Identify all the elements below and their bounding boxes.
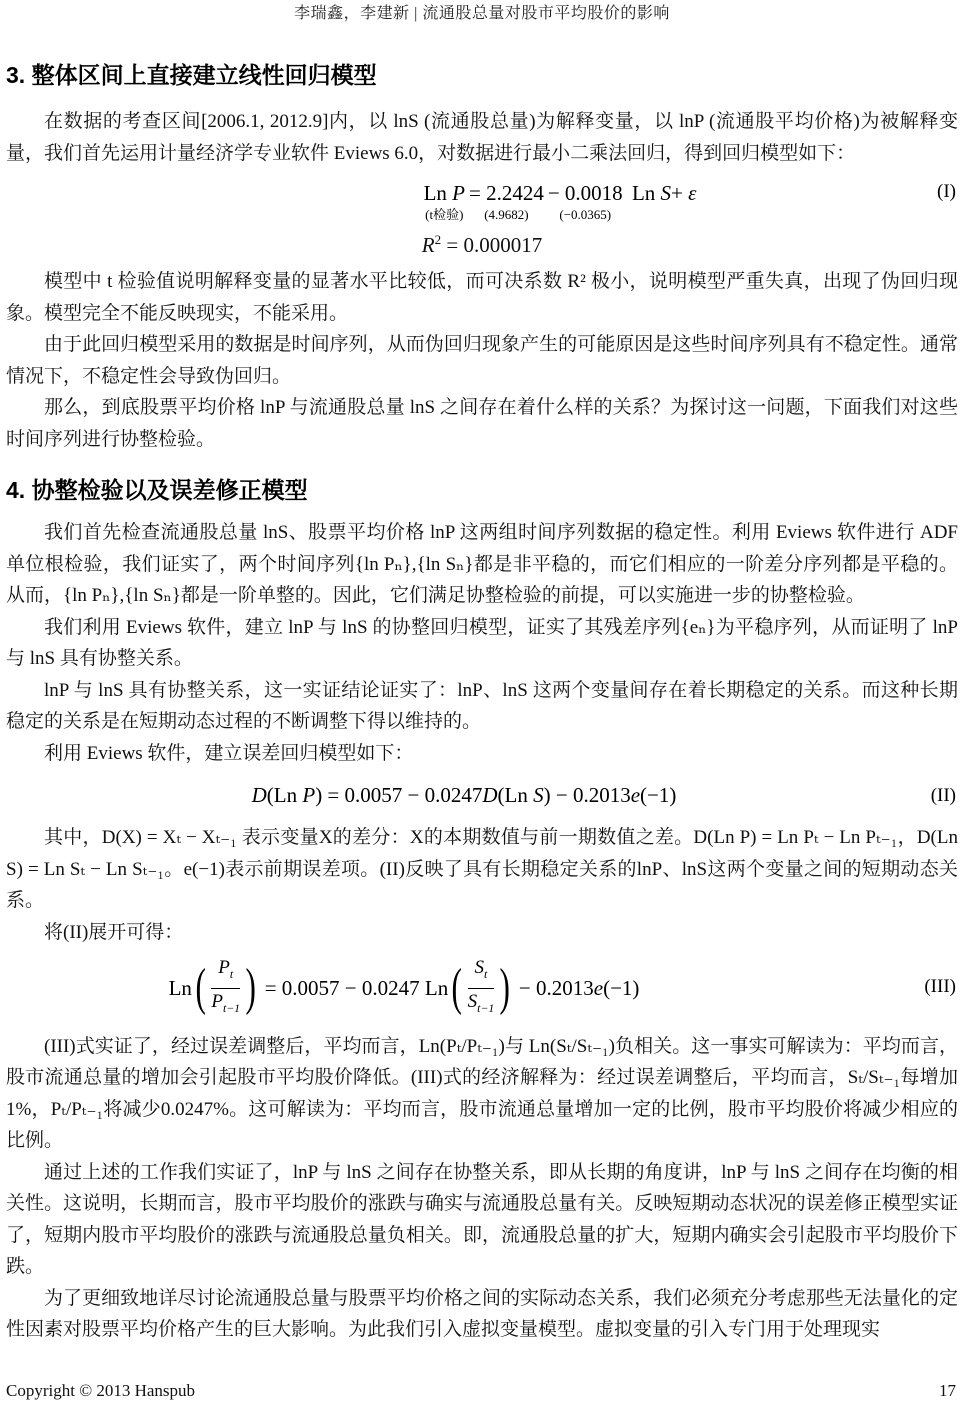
formula-I-term2: − 0.0018 (−0.0365): [548, 179, 623, 222]
paragraph-conclusion-cointegration: 通过上述的工作我们实证了，lnP 与 lnS 之间存在协整关系，即从长期的角度讲…: [6, 1157, 958, 1283]
paragraph-longrun-relation: lnP 与 lnS 具有协整关系，这一实证结论证实了：lnP、lnS 这两个变量…: [6, 675, 958, 738]
formula-III: Ln ( Pt Pt−1 ) = 0.0057 − 0.0247 Ln ( St…: [6, 956, 958, 1021]
right-paren: ): [246, 966, 256, 1010]
fraction-S: St St−1: [468, 956, 495, 1021]
paragraph-adf-test: 我们首先检查流通股总量 lnS、股票平均价格 lnP 这两组时间序列数据的稳定性…: [6, 517, 958, 612]
formula-II: D(Ln P) = 0.0057 − 0.0247D(Ln S) − 0.201…: [6, 783, 958, 808]
formula-I-term1: = 2.2424 (4.9682): [469, 179, 544, 222]
equation-number-I: (I): [937, 181, 956, 203]
paragraph-difference-explanation: 其中，D(X) = Xₜ − Xₜ₋₁ 表示变量X的差分：X的本期数值与前一期数…: [6, 822, 958, 917]
paragraph-expand-II: 将(II)展开可得：: [6, 917, 958, 949]
section-3-heading: 3. 整体区间上直接建立线性回归模型: [6, 60, 958, 90]
paragraph-cointegration-question: 那么，到底股票平均价格 lnP 与流通股总量 lnS 之间存在着什么样的关系？为…: [6, 392, 958, 455]
t-test-label: (t检验): [425, 207, 463, 222]
page-number: 17: [939, 1380, 956, 1402]
section-4-heading: 4. 协整检验以及误差修正模型: [6, 475, 958, 505]
left-paren: (: [452, 966, 462, 1010]
equation-number-II: (II): [931, 785, 956, 807]
paragraph-ecm-intro: 利用 Eviews 软件，建立误差回归模型如下：: [6, 738, 958, 770]
t-stat-1: (4.9682): [484, 207, 528, 222]
equation-number-III: (III): [924, 976, 956, 998]
paper-page: 李瑞鑫，李建新 | 流通股总量对股市平均股价的影响 3. 整体区间上直接建立线性…: [0, 0, 964, 1414]
paragraph-cointegration-model: 我们利用 Eviews 软件，建立 lnP 与 lnS 的协整回归模型，证实了其…: [6, 612, 958, 675]
footer-copyright: Copyright © 2013 Hanspub: [6, 1380, 195, 1402]
paragraph-dummy-variable-intro: 为了更细致地详尽讨论流通股总量与股票平均价格之间的实际动态关系，我们必须充分考虑…: [6, 1283, 958, 1346]
paragraph-III-interpretation: (III)式实证了，经过误差调整后，平均而言，Ln(Pₜ/Pₜ₋₁)与 Ln(S…: [6, 1031, 958, 1157]
formula-I: Ln P (t检验) = 2.2424 (4.9682) − 0.0018 (−…: [6, 179, 958, 222]
formula-I-lhs: Ln P (t检验): [424, 179, 465, 222]
paragraph-spurious-regression: 模型中 t 检验值说明解释变量的显著水平比较低，而可决系数 R² 极小，说明模型…: [6, 266, 958, 329]
paragraph-time-series-instability: 由于此回归模型采用的数据是时间序列，从而伪回归现象产生的可能原因是这些时间序列具…: [6, 329, 958, 392]
formula-I-rhs: Ln S+ ε: [627, 179, 697, 222]
fraction-P: Pt Pt−1: [211, 956, 240, 1021]
paragraph-regression-intro: 在数据的考查区间[2006.1, 2012.9]内，以 lnS (流通股总量)为…: [6, 106, 958, 169]
page-footer: Copyright © 2013 Hanspub 17: [6, 1380, 958, 1404]
right-paren: ): [500, 966, 510, 1010]
t-stat-2: (−0.0365): [559, 207, 611, 222]
left-paren: (: [195, 966, 205, 1010]
running-header: 李瑞鑫，李建新 | 流通股总量对股市平均股价的影响: [6, 4, 958, 24]
r-squared-value: R2 = 0.000017: [6, 232, 958, 258]
